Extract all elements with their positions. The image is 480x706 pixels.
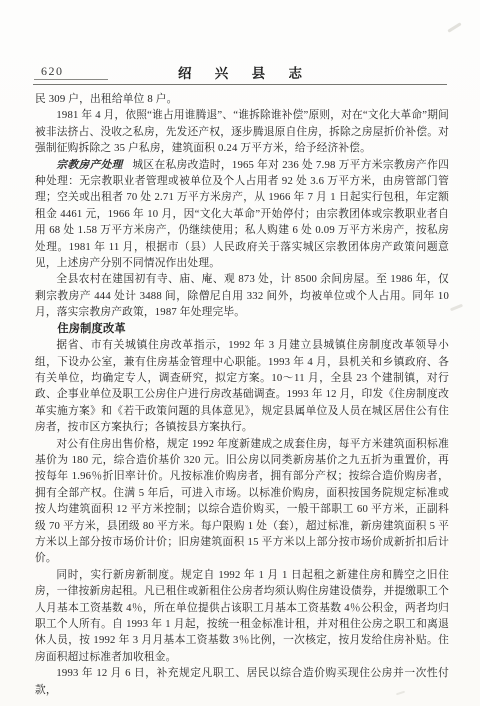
paragraph-continuation: 民 309 户，出租给单位 8 户。: [35, 91, 449, 107]
page-number-rule: [34, 79, 108, 80]
paragraph: 1981 年 4 月，依照“谁占用谁腾退”、“谁拆除谁补偿”原则，对在“文化大革…: [35, 107, 449, 156]
paragraph: 同时，实行新房新制度。规定自 1992 年 1 月 1 日起租之新建住房和腾空之…: [35, 567, 449, 665]
body-text-block: 民 309 户，出租给单位 8 户。 1981 年 4 月，依照“谁占用谁腾退”…: [35, 91, 449, 698]
paragraph: 对公有住房出售价格，规定 1992 年度新建成之成套住房，每平方米建筑面积标准基…: [35, 436, 449, 567]
paragraph: 全县农村在建国初有寺、庙、庵、观 873 处，计 8500 余间房屋。至 198…: [35, 271, 449, 320]
scan-smudge-top-right: [447, 22, 461, 32]
paragraph-body: 城区在私房改造时，1965 年对 236 处 7.98 万平方米宗教房产作四种处…: [35, 159, 449, 269]
scan-smudge-mid-right: [450, 304, 463, 312]
paragraph: 据省、市有关城镇住房改革指示，1992 年 3 月建立县城镇住房制度改革领导小组…: [35, 337, 449, 435]
header-rule: [33, 84, 447, 85]
book-page: 620 绍 兴 县 志 民 309 户，出租给单位 8 户。 1981 年 4 …: [0, 0, 480, 706]
paragraph-last: 1993 年 12 月 6 日，补充规定凡职工、居民以综合造价购买现住公房并一次…: [35, 665, 449, 698]
section-heading-housing-reform: 住房制度改革: [35, 321, 449, 337]
paragraph-lead-in: 宗教房产处理: [56, 159, 132, 171]
paragraph-religious-property: 宗教房产处理城区在私房改造时，1965 年对 236 处 7.98 万平方米宗教…: [35, 157, 449, 272]
